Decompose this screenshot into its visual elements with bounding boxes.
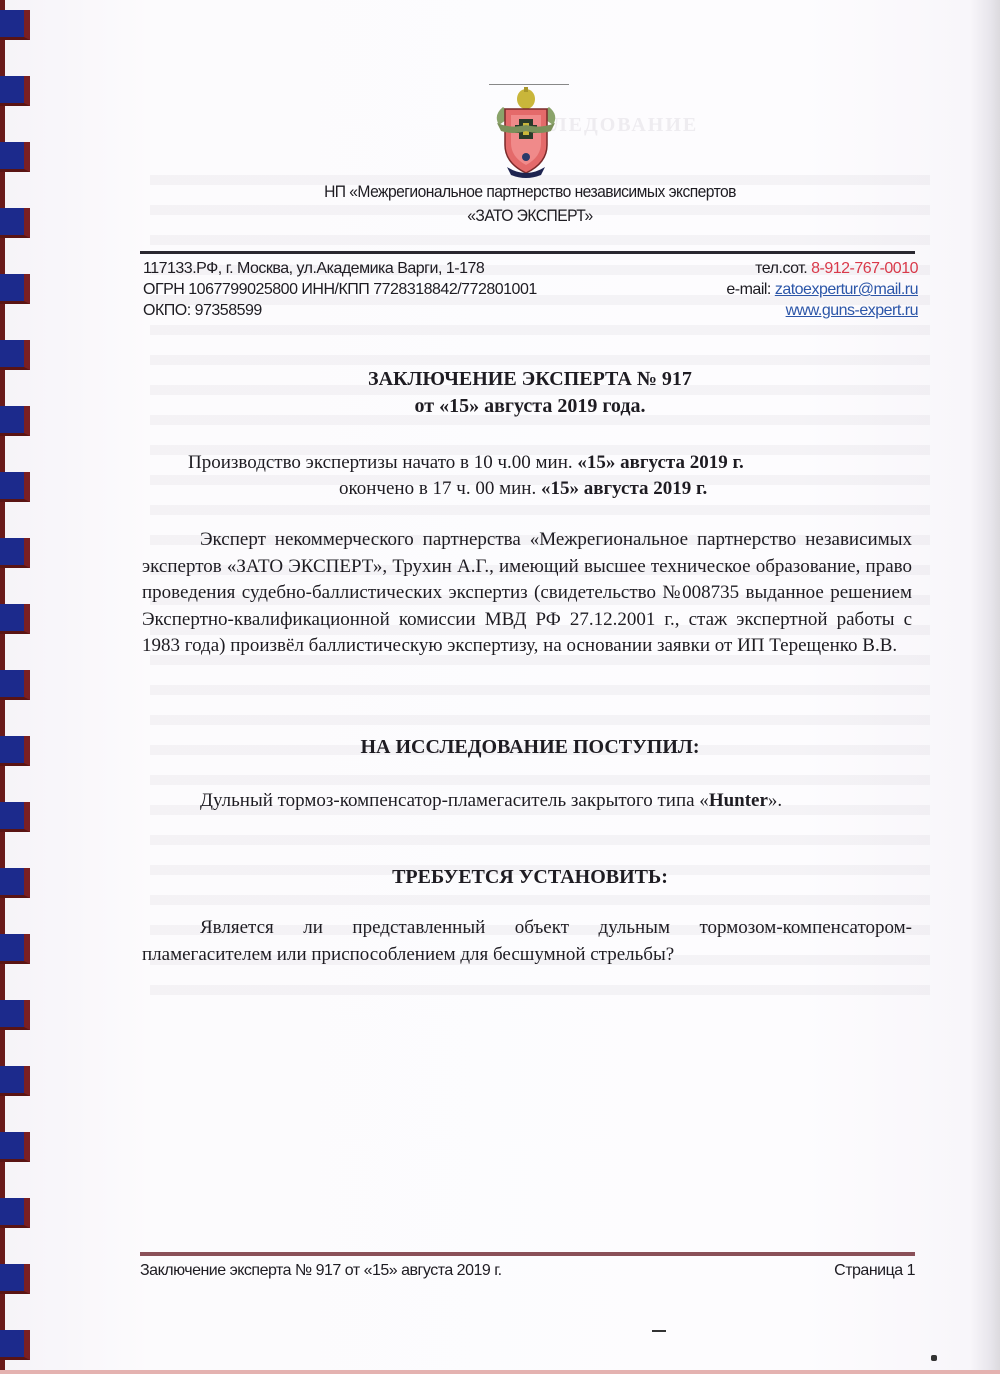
okpo: ОКПО: 97358599 — [143, 300, 262, 321]
binding-tooth — [0, 1264, 30, 1294]
page-number: Страница 1 — [834, 1262, 915, 1280]
footer-reference: Заключение эксперта № 917 от «15» август… — [140, 1262, 502, 1280]
binding-tooth — [0, 472, 30, 502]
start-date: «15» августа 2019 г. — [577, 452, 743, 473]
binding-tooth — [0, 1330, 30, 1360]
title-date: от «15» августа 2019 года. — [130, 393, 930, 420]
email-label: e-mail: — [726, 281, 774, 298]
binding-tooth — [0, 1000, 30, 1030]
binding-tooth — [0, 10, 30, 40]
binding-tooth — [0, 670, 30, 700]
document-page: ИССЛЕДОВАНИЕ НП «Межрегиональное партнер… — [0, 0, 1000, 1374]
expert-text: Эксперт некоммерческого партнерства «Меж… — [142, 529, 912, 656]
received-text: Дульный тормоз-компенсатор-пламегаситель… — [200, 790, 709, 811]
binding-tooth — [0, 274, 30, 304]
title-line-1: ЗАКЛЮЧЕНИЕ ЭКСПЕРТА № 917 — [130, 366, 930, 393]
scan-speck — [652, 1330, 666, 1332]
email-link[interactable]: zatoexpertur@mail.ru — [775, 281, 918, 298]
end-date: «15» августа 2019 г. — [541, 478, 707, 499]
zato-expert-emblem-icon — [491, 85, 561, 180]
binding-tooth — [0, 604, 30, 634]
phone-label: тел.сот. — [755, 260, 811, 277]
product-name: Hunter — [709, 790, 768, 811]
page-edge — [0, 1370, 1000, 1374]
received-heading: НА ИССЛЕДОВАНИЕ ПОСТУПИЛ: — [130, 736, 930, 759]
comb-binding — [0, 0, 34, 1374]
contact-block: 117133.РФ, г. Москва, ул.Академика Варги… — [143, 258, 918, 321]
establish-heading: ТРЕБУЕТСЯ УСТАНОВИТЬ: — [130, 866, 930, 889]
footer-divider — [140, 1252, 915, 1256]
org-line-1: НП «Межрегиональное партнерство независи… — [162, 180, 898, 204]
page-footer: Заключение эксперта № 917 от «15» август… — [140, 1262, 915, 1280]
website-link[interactable]: www.guns-expert.ru — [786, 300, 918, 321]
email-line: e-mail: zatoexpertur@mail.ru — [726, 279, 918, 300]
expert-paragraph: Эксперт некоммерческого партнерства «Меж… — [142, 527, 912, 660]
binding-tooth — [0, 736, 30, 766]
binding-tooth — [0, 1066, 30, 1096]
registration-numbers: ОГРН 1067799025800 ИНН/КПП 7728318842/77… — [143, 279, 537, 300]
binding-tooth — [0, 1198, 30, 1228]
scan-speck — [931, 1355, 937, 1361]
question-paragraph: Является ли представленный объект дульны… — [142, 915, 912, 968]
end-prefix: окончено в 17 ч. 00 мин. — [339, 478, 541, 499]
binding-tooth — [0, 208, 30, 238]
question-text: Является ли представленный объект дульны… — [142, 917, 912, 965]
end-time: окончено в 17 ч. 00 мин. «15» августа 20… — [130, 476, 930, 502]
phone-number: 8-912-767-0010 — [811, 260, 918, 277]
binding-tooth — [0, 538, 30, 568]
org-line-2: «ЗАТО ЭКСПЕРТ» — [162, 204, 898, 228]
document-title: ЗАКЛЮЧЕНИЕ ЭКСПЕРТА № 917 от «15» август… — [130, 366, 930, 420]
received-suffix: ». — [768, 790, 782, 811]
header-divider — [140, 251, 915, 254]
start-prefix: Производство экспертизы начато в 10 ч.00… — [188, 452, 577, 473]
organization-name: НП «Межрегиональное партнерство независи… — [162, 180, 898, 228]
binding-tooth — [0, 406, 30, 436]
start-time: Производство экспертизы начато в 10 ч.00… — [130, 450, 930, 476]
binding-tooth — [0, 76, 30, 106]
address: 117133.РФ, г. Москва, ул.Академика Варги… — [143, 258, 484, 279]
binding-tooth — [0, 340, 30, 370]
binding-tooth — [0, 142, 30, 172]
examination-timing: Производство экспертизы начато в 10 ч.00… — [130, 450, 930, 502]
binding-tooth — [0, 934, 30, 964]
phone-line: тел.сот. 8-912-767-0010 — [755, 258, 918, 279]
binding-tooth — [0, 802, 30, 832]
binding-tooth — [0, 868, 30, 898]
received-paragraph: Дульный тормоз-компенсатор-пламегаситель… — [142, 788, 912, 815]
binding-tooth — [0, 1132, 30, 1162]
